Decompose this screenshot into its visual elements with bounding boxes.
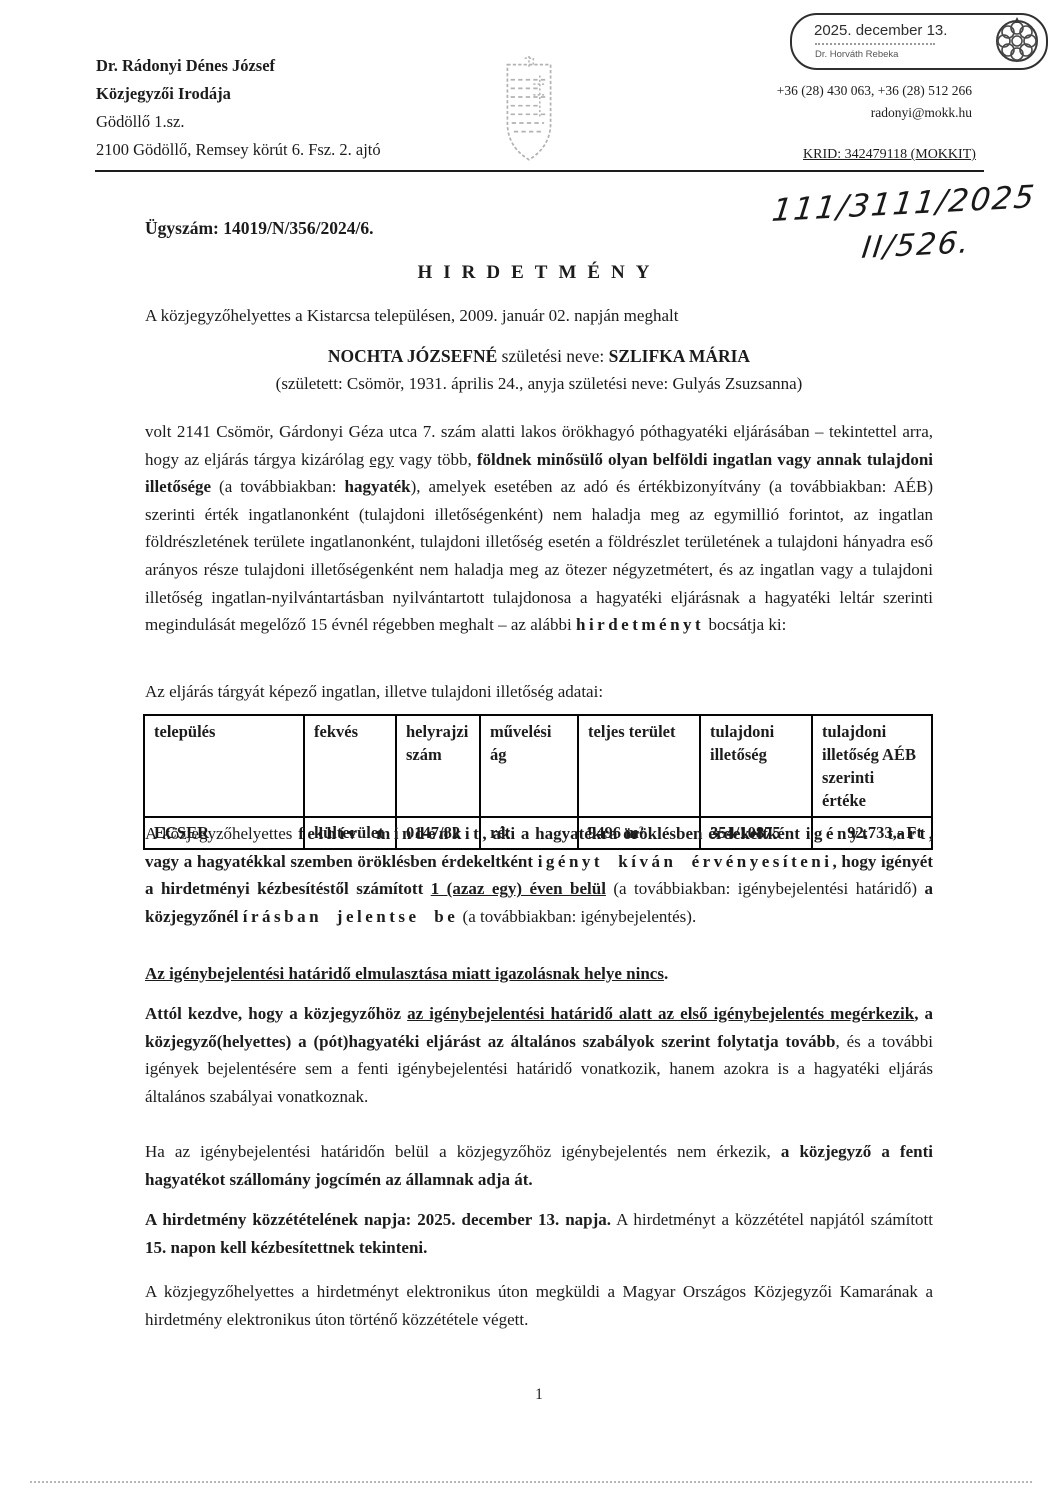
- body-paragraph: volt 2141 Csömör, Gárdonyi Géza utca 7. …: [145, 418, 933, 639]
- phone-numbers: +36 (28) 430 063, +36 (28) 512 266: [620, 80, 972, 102]
- table-header-row: településfekvéshelyrajzi számművelési ág…: [144, 715, 932, 817]
- stamp-date: 2025. december 13.: [814, 22, 947, 39]
- text-segment: hirdetményt: [576, 615, 704, 634]
- document-page: Dr. Rádonyi Dénes József Közjegyzői Irod…: [0, 0, 1059, 1498]
- text-segment: egy: [369, 450, 394, 469]
- hungarian-coat-of-arms-icon: [496, 56, 562, 169]
- text-segment: vagy több,: [394, 450, 477, 469]
- electronic-paragraph: A közjegyzőhelyettes a hirdetményt elekt…: [145, 1278, 933, 1333]
- publication-paragraph: A hirdetmény közzétételének napja: 2025.…: [145, 1206, 933, 1261]
- scan-artifact-line: [30, 1481, 1032, 1483]
- page-number: 1: [145, 1386, 933, 1404]
- text-segment: ), amelyek esetében az adó és értékbizon…: [145, 477, 933, 634]
- table-header-cell: tulajdoni illetőség AÉB szerinti értéke: [812, 715, 932, 817]
- table-header-cell: tulajdoni illetőség: [700, 715, 812, 817]
- text-segment: aki a hagyatékra öröklésben érdekeltként: [492, 824, 805, 843]
- notary-name: Dr. Rádonyi Dénes József: [96, 52, 381, 80]
- text-segment: (a továbbiakban:: [211, 477, 344, 496]
- deadline-notice: Az igénybejelentési határidő elmulasztás…: [145, 960, 933, 988]
- deceased-birth-line: (született: Csömör, 1931. április 24., a…: [145, 374, 933, 394]
- text-segment: ,: [482, 824, 492, 843]
- text-segment: (a továbbiakban: igénybejelentési határi…: [606, 879, 925, 898]
- handwritten-number-line2: II/526.: [860, 225, 973, 266]
- text-segment: bocsátja ki:: [704, 615, 786, 634]
- table-header-cell: művelési ág: [480, 715, 578, 817]
- text-segment: Az igénybejelentési határidő elmulasztás…: [145, 964, 664, 983]
- krid-number: KRID: 342479118 (MOKKIT): [803, 147, 976, 163]
- table-intro: Az eljárás tárgyát képező ingatlan, ille…: [145, 678, 933, 706]
- text-segment: Attól kezdve, hogy a közjegyzőhöz: [145, 1004, 407, 1023]
- text-segment: 15. napon kell kézbesítettnek tekinteni.: [145, 1238, 427, 1257]
- stamp-dotted-line: [815, 43, 935, 45]
- text-segment: igényt kíván érvényesíteni: [538, 852, 833, 871]
- text-segment: írásban jelentse be: [243, 907, 459, 926]
- text-segment: A hirdetmény közzétételének napja: 2025.…: [145, 1210, 611, 1229]
- deceased-name-line: NOCHTA JÓZSEFNÉ születési neve: SZLIFKA …: [145, 346, 933, 367]
- table-header-cell: fekvés: [304, 715, 396, 817]
- text-segment: .: [664, 964, 668, 983]
- table-header-cell: teljes terület: [578, 715, 700, 817]
- table-header-cell: helyrajzi szám: [396, 715, 480, 817]
- letterhead: Dr. Rádonyi Dénes József Közjegyzői Irod…: [96, 52, 381, 164]
- from-then-paragraph: Attól kezdve, hogy a közjegyzőhöz az igé…: [145, 1000, 933, 1110]
- table-header-cell: település: [144, 715, 304, 817]
- email-address: radonyi@mokk.hu: [620, 102, 972, 124]
- text-segment: A hirdetményt a közzététel napjától szám…: [611, 1210, 933, 1229]
- contact-block: +36 (28) 430 063, +36 (28) 512 266 radon…: [620, 80, 972, 124]
- handwritten-number-line1: 111/3111/2025: [770, 179, 1038, 229]
- text-segment: születési neve:: [497, 346, 608, 366]
- stamp-signer: Dr. Horváth Rebeka: [815, 49, 898, 60]
- text-segment: A közjegyzőhelyettes: [145, 824, 298, 843]
- text-segment: felhív mindenkit: [298, 824, 482, 843]
- text-segment: igényt tart: [806, 824, 929, 843]
- notary-seal-icon: [993, 17, 1041, 70]
- text-segment: Ha az igénybejelentési határidőn belül a…: [145, 1142, 781, 1161]
- letterhead-divider: [95, 170, 984, 172]
- notary-address: 2100 Gödöllő, Remsey körút 6. Fsz. 2. aj…: [96, 136, 381, 164]
- date-stamp: 2025. december 13. Dr. Horváth Rebeka: [790, 13, 1048, 70]
- document-title: HIRDETMÉNY: [145, 262, 933, 284]
- intro-paragraph: A közjegyzőhelyettes a Kistarcsa települ…: [145, 302, 933, 330]
- text-segment: hagyaték: [344, 477, 410, 496]
- text-segment: az igénybejelentési határidő alatt az el…: [407, 1004, 914, 1023]
- text-segment: (a továbbiakban: igénybejelentés).: [458, 907, 696, 926]
- notary-office: Közjegyzői Irodája: [96, 80, 381, 108]
- no-claim-paragraph: Ha az igénybejelentési határidőn belül a…: [145, 1138, 933, 1193]
- case-number: Ügyszám: 14019/N/356/2024/6.: [145, 218, 373, 239]
- text-segment: SZLIFKA MÁRIA: [609, 346, 750, 366]
- text-segment: 1 (azaz egy) éven belül: [431, 879, 606, 898]
- text-segment: NOCHTA JÓZSEFNÉ: [328, 346, 497, 366]
- notary-district: Gödöllő 1.sz.: [96, 108, 381, 136]
- call-paragraph: A közjegyzőhelyettes felhív mindenkit, a…: [145, 820, 933, 930]
